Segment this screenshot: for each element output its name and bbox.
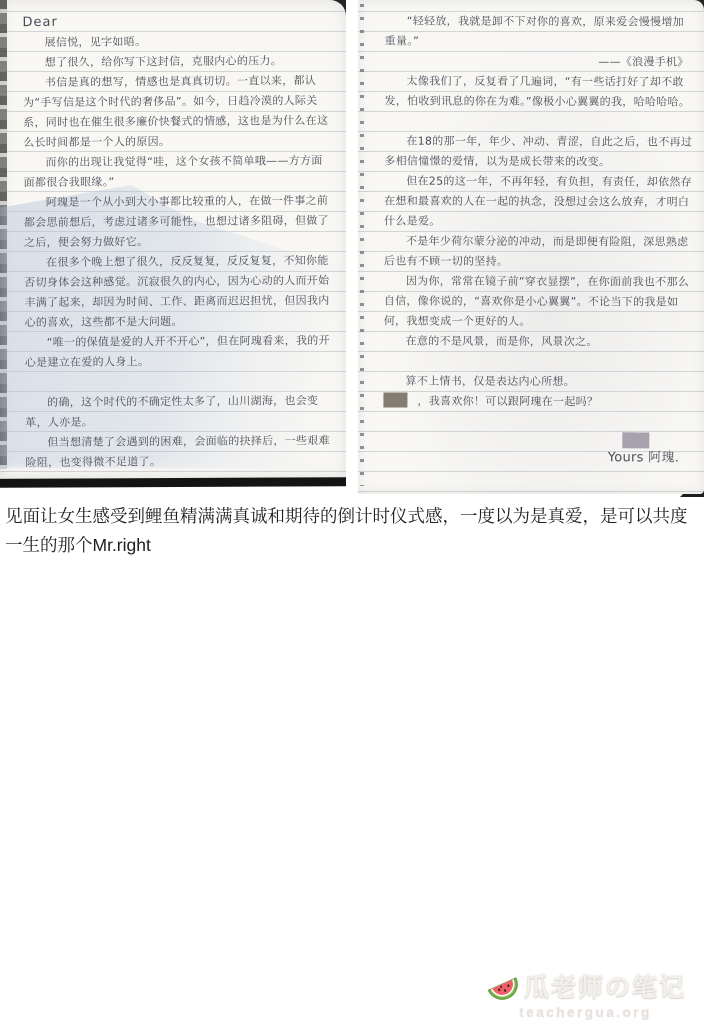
letter-paragraph: 太像我们了，反复看了几遍词，“有一些话打好了却不敢发，怕收到讯息的你在为难。”像… [384, 71, 694, 112]
blank-line [384, 351, 694, 372]
song-quote: “轻轻放，我就是卸不下对你的喜欢，原来爱会慢慢增加重量。” [385, 11, 695, 52]
signature: Yours 阿瑰. [383, 447, 693, 468]
site-watermark: 瓜老师の笔记 teachergua.org [485, 967, 686, 1020]
notebook-paper-left: Dear 展信悦，见字如晤。 想了很久，给你写下这封信，克服内心的压力。 书信是… [0, 0, 346, 478]
photo-bottom-edge [0, 477, 346, 488]
letter-paragraph: 不是年少荷尔蒙分泌的冲动，而是即便有险阻，深思熟虑后也有不顾一切的坚持。 [384, 231, 694, 272]
letter-paragraph: 在18的那一年，年少、冲动、青涩，自此之后，也不再过多相信憧憬的爱情，以为是成长… [384, 131, 694, 172]
brand-name: 瓜老师の笔记 [524, 968, 686, 1004]
redaction-block [622, 432, 649, 448]
torn-spiral-edge [360, 4, 364, 486]
letter-paragraph: 在很多个晚上想了很久，反反复复，反反复复，不知你能否切身体会这种感觉。沉寂很久的… [24, 251, 331, 333]
letter-paragraph: 的确，这个时代的不确定性太多了，山川湖海，也会变革，人亦是。 [25, 391, 331, 433]
salutation: Dear [22, 11, 328, 33]
watermark-brand-row: 瓜老师の笔记 [485, 967, 686, 1005]
blank-line [383, 411, 693, 432]
watermelon-icon [485, 967, 521, 1005]
caption-text: 见面让女生感受到鲤鱼精满满真诚和期待的倒计时仪式感，一度以为是真爱，是可以共度一… [5, 502, 699, 560]
quote-attribution: ——《浪漫手机》 [385, 51, 695, 72]
notebook-binding-edge [0, 0, 7, 469]
letter-paragraph: 在意的不是风景，而是你，风景次之。 [384, 331, 694, 352]
letter-paragraph: 因为你，常常在镜子前“穿衣显摆”，在你面前我也不那么自信，像你说的，“喜欢你是小… [384, 271, 694, 332]
blank-line [25, 371, 331, 393]
confession-text: ，我喜欢你！可以跟阿瑰在一起吗？ [417, 395, 598, 409]
notebook-paper-right: “轻轻放，我就是卸不下对你的喜欢，原来爱会慢慢增加重量。” ——《浪漫手机》 太… [358, 0, 704, 494]
confession-line: ，我喜欢你！可以跟阿瑰在一起吗？ [383, 391, 693, 412]
site-url: teachergua.org [485, 1005, 686, 1020]
letter-paragraph: 而你的出现让我觉得“哇，这个女孩不简单哦——方方面面都很合我眼缘。” [23, 151, 329, 193]
letter-paragraph: “唯一的保值是爱的人开不开心”，但在阿瑰看来，我的开心是建立在爱的人身上。 [25, 331, 331, 373]
letter-photo-right: “轻轻放，我就是卸不下对你的喜欢，原来爱会慢慢增加重量。” ——《浪漫手机》 太… [358, 0, 704, 497]
letter-photo-left: Dear 展信悦，见字如晤。 想了很久，给你写下这封信，克服内心的压力。 书信是… [0, 0, 346, 487]
letter-paragraph: 书信是真的想写，情感也是真真切切。一直以来，都认为“手写信是这个时代的奢侈品”。… [23, 71, 330, 153]
handwritten-text-right: “轻轻放，我就是卸不下对你的喜欢，原来爱会慢慢增加重量。” ——《浪漫手机》 太… [383, 11, 695, 468]
handwritten-text-left: Dear 展信悦，见字如晤。 想了很久，给你写下这封信，克服内心的压力。 书信是… [22, 11, 331, 473]
letter-paragraph: 展信悦，见字如晤。 [23, 31, 329, 53]
letter-paragraph: 想了很久，给你写下这封信，克服内心的压力。 [23, 51, 329, 73]
screenshot-page: { "left_letter": { "salutation": "Dear",… [0, 0, 704, 1024]
letter-paragraph: 但当想清楚了会遇到的困难，会面临的抉择后，一些艰难险阻，也变得微不足道了。 [25, 431, 331, 473]
redaction-block [383, 392, 407, 407]
blank-line [384, 111, 694, 132]
closing-note: 算不上情书，仅是表达内心所想。 [383, 371, 693, 392]
letter-paragraph: 但在25的这一年，不再年轻，有负担，有责任，却依然存在想和最喜欢的人在一起的执念… [384, 171, 694, 232]
letter-paragraph: 阿瑰是一个从小到大小事都比较重的人，在做一件事之前都会思前想后，考虑过诸多可能性… [24, 191, 330, 253]
